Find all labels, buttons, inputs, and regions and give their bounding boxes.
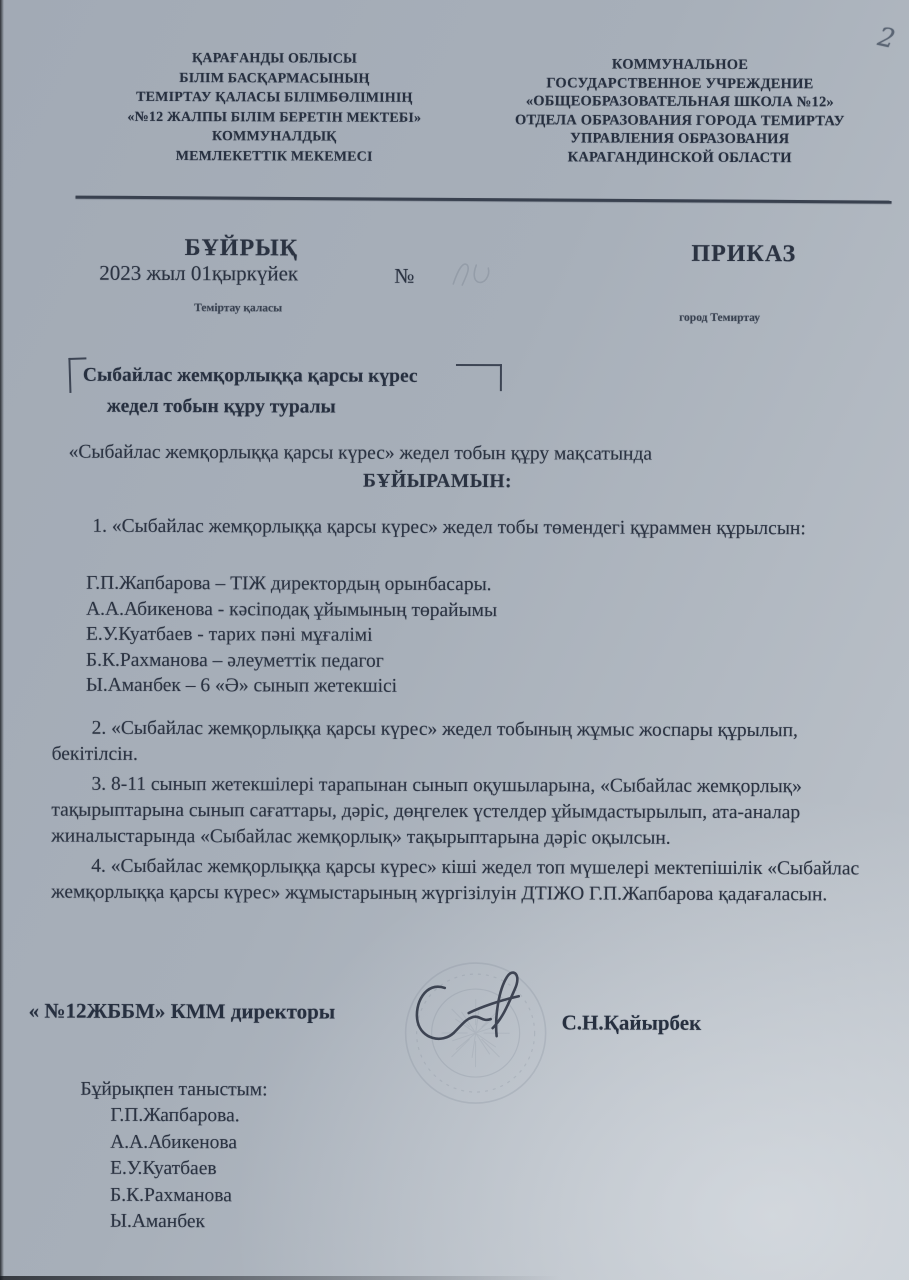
- ack-name-1: Г.П.Жапбарова.: [110, 1103, 239, 1130]
- member-row-5: Ы.Аманбек – 6 «Ә» сынып жетекшісі: [86, 673, 866, 701]
- order-subject: Сыбайлас жемқорлыққа қарсы күрес жедел т…: [83, 360, 418, 423]
- member-row-2: А.А.Абикенова - кәсіподақ ұйымының төрай…: [86, 596, 866, 624]
- order-item-1: 1. «Сыбайлас жемқорлыққа қарсы күрес» же…: [52, 514, 860, 543]
- order-number-label: №: [394, 264, 414, 289]
- place-name-kazakh: Теміртау қаласы: [194, 302, 282, 314]
- org-right-line-6: КАРАГАНДИНСКОЙ ОБЛАСТИ: [454, 147, 906, 167]
- address-corner-mark-right: [456, 364, 502, 391]
- signature-position-title: « №12ЖББМ» КММ директоры: [29, 999, 336, 1025]
- org-left-line-3: ТЕМІРТАУ ҚАЛАСЫ БІЛІМБӨЛІМІНІҢ: [62, 88, 487, 109]
- subject-line-2: жедел тобын құру туралы: [107, 391, 418, 423]
- org-left-line-4: «№12 ЖАЛПЫ БІЛІМ БЕРЕТІН МЕКТЕБІ»: [62, 107, 487, 128]
- decree-word: БҰЙЫРАМЫН:: [53, 470, 823, 495]
- preamble-paragraph: «Сыбайлас жемқорлыққа қарсы күрес» жедел…: [53, 442, 859, 467]
- org-right-line-5: УПРАВЛЕНИЯ ОБРАЗОВАНИЯ: [454, 129, 906, 149]
- working-group-members-list: Г.П.Жапбарова – ТІЖ директордың орынбаса…: [86, 571, 866, 701]
- member-row-4: Б.К.Рахманова – әлеуметтік педагог: [86, 647, 866, 675]
- org-left-line-1: ҚАРАҒАНДЫ ОБЛЫСЫ: [62, 49, 487, 70]
- place-name-russian: город Темиртау: [679, 312, 760, 324]
- director-signature: [407, 964, 532, 1059]
- acknowledgement-label: Бұйрықпен таныстым:: [80, 1079, 267, 1102]
- order-title-russian: ПРИКАЗ: [661, 241, 826, 269]
- order-title-kazakh: БҰЙРЫҚ: [161, 235, 321, 263]
- ack-name-5: Ы.Аманбек: [110, 1209, 239, 1236]
- org-right-line-4: ОТДЕЛА ОБРАЗОВАНИЯ ГОРОДА ТЕМИРТАУ: [454, 110, 906, 130]
- org-right-line-2: ГОСУДАРСТВЕННОЕ УЧРЕЖДЕНИЕ: [454, 73, 906, 93]
- member-row-3: Е.У.Куатбаев - тарих пәні мұғалімі: [86, 622, 866, 650]
- org-name-kazakh: ҚАРАҒАНДЫ ОБЛЫСЫ БІЛІМ БАСҚАРМАСЫНЫҢ ТЕМ…: [62, 49, 487, 167]
- org-right-line-1: КОММУНАЛЬНОЕ: [454, 55, 906, 75]
- ack-name-3: Е.У.Куатбаев: [110, 1156, 239, 1183]
- scan-edge-left: [0, 0, 4, 1280]
- member-row-1: Г.П.Жапбарова – ТІЖ директордың орынбаса…: [86, 571, 866, 599]
- scan-edge-bottom: [0, 1276, 560, 1280]
- scanned-order-document: 2 ҚАРАҒАНДЫ ОБЛЫСЫ БІЛІМ БАСҚАРМАСЫНЫҢ Т…: [0, 0, 909, 1280]
- header-divider-line: [76, 196, 892, 203]
- document-content: 2 ҚАРАҒАНДЫ ОБЛЫСЫ БІЛІМ БАСҚАРМАСЫНЫҢ Т…: [0, 0, 909, 1280]
- org-left-line-5: КОММУНАЛДЫҚ: [62, 127, 487, 148]
- ack-name-2: А.А.Абикенова: [110, 1129, 239, 1156]
- org-name-russian: КОММУНАЛЬНОЕ ГОСУДАРСТВЕННОЕ УЧРЕЖДЕНИЕ …: [454, 55, 906, 168]
- handwritten-order-number-mark: [445, 256, 505, 291]
- org-right-line-3: «ОБЩЕОБРАЗОВАТЕЛЬНАЯ ШКОЛА №12»: [454, 92, 906, 112]
- handwritten-page-number: 2: [875, 22, 898, 55]
- acknowledgement-names-list: Г.П.Жапбарова. А.А.Абикенова Е.У.Куатбае…: [110, 1103, 240, 1236]
- order-date: 2023 жыл 01қыркүйек: [99, 261, 298, 287]
- order-item-4: 4. «Сыбайлас жемқорлыққа қарсы күрес» кі…: [51, 854, 861, 909]
- order-items-2-4: 2. «Сыбайлас жемқорлыққа қарсы күрес» же…: [51, 716, 862, 913]
- order-item-3: 3. 8-11 сынып жетекшілері тарапынан сыны…: [51, 772, 861, 853]
- ack-name-4: Б.К.Рахманова: [110, 1182, 239, 1209]
- subject-line-1: Сыбайлас жемқорлыққа қарсы күрес: [83, 360, 418, 392]
- org-left-line-6: МЕМЛЕКЕТТІК МЕКЕМЕСІ: [62, 146, 487, 167]
- signature-director-name: С.Н.Қайырбек: [562, 1010, 702, 1035]
- order-item-2: 2. «Сыбайлас жемқорлыққа қарсы күрес» же…: [52, 716, 862, 771]
- org-left-line-2: БІЛІМ БАСҚАРМАСЫНЫҢ: [62, 68, 487, 89]
